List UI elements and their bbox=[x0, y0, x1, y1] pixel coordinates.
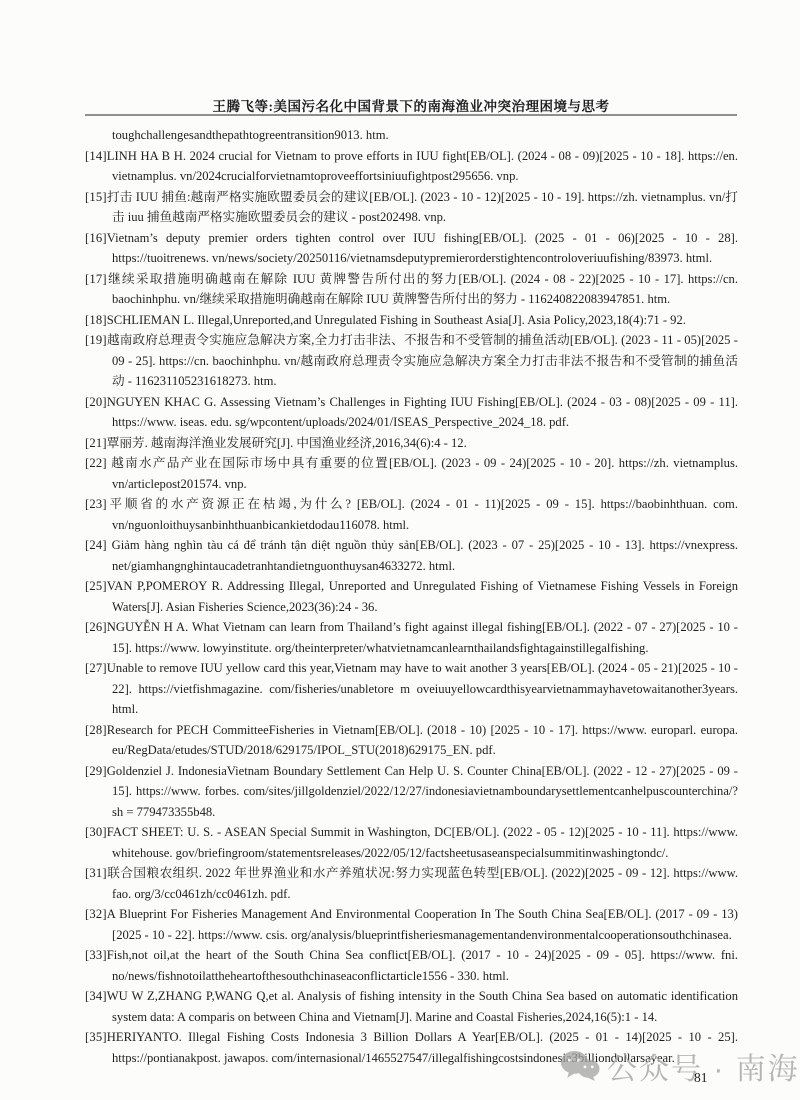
reference-text: A Blueprint For Fisheries Management And… bbox=[107, 907, 738, 942]
reference-label: [27] bbox=[85, 661, 107, 675]
reference-text: NGUYỄN H A. What Vietnam can learn from … bbox=[107, 620, 738, 655]
reference-item: [16]Vietnam’s deputy premier orders tigh… bbox=[85, 228, 738, 269]
references-list: toughchallengesandthepathtogreentransiti… bbox=[85, 125, 738, 1068]
reference-text: LINH HA B H. 2024 crucial for Vietnam to… bbox=[107, 149, 738, 184]
reference-item: [32]A Blueprint For Fisheries Management… bbox=[85, 904, 738, 945]
reference-label: [30] bbox=[85, 825, 107, 839]
reference-item: [20]NGUYEN KHAC G. Assessing Vietnam’s C… bbox=[85, 392, 738, 433]
reference-item: [25]VAN P,POMEROY R. Addressing Illegal,… bbox=[85, 576, 738, 617]
reference-text: 越南政府总理责令实施应急解决方案,全力打击非法、不报告和不受管制的捕鱼活动[EB… bbox=[107, 333, 738, 388]
reference-text: NGUYEN KHAC G. Assessing Vietnam’s Chall… bbox=[107, 395, 738, 430]
reference-item: [23]平顺省的水产资源正在枯竭,为什么? [EB/OL]. (2024 - 0… bbox=[85, 494, 738, 535]
reference-label: [34] bbox=[85, 989, 107, 1003]
reference-label: [28] bbox=[85, 723, 107, 737]
reference-item: [24] Giảm hàng nghìn tàu cá để tránh tận… bbox=[85, 535, 738, 576]
reference-text: 越南水产品产业在国际市场中具有重要的位置[EB/OL]. (2023 - 09 … bbox=[107, 456, 738, 491]
reference-text: Vietnam’s deputy premier orders tighten … bbox=[107, 231, 738, 266]
reference-text: Unable to remove IUU yellow card this ye… bbox=[107, 661, 738, 716]
reference-label: [19] bbox=[85, 333, 107, 347]
reference-text: 联合国粮农组织. 2022 年世界渔业和水产养殖状况:努力实现蓝色转型[EB/O… bbox=[107, 866, 738, 901]
reference-label: [26] bbox=[85, 620, 107, 634]
reference-item: [27]Unable to remove IUU yellow card thi… bbox=[85, 658, 738, 720]
reference-label: [25] bbox=[85, 579, 107, 593]
reference-label: [22] bbox=[85, 456, 107, 470]
reference-item: [21]覃丽芳. 越南海洋渔业发展研究[J]. 中国渔业经济,2016,34(6… bbox=[85, 433, 738, 454]
reference-label: [15] bbox=[85, 190, 107, 204]
reference-text: Research for PECH CommitteeFisheries in … bbox=[107, 723, 738, 758]
reference-text: WU W Z,ZHANG P,WANG Q,et al. Analysis of… bbox=[107, 989, 738, 1024]
reference-label: [32] bbox=[85, 907, 107, 921]
reference-item: [26]NGUYỄN H A. What Vietnam can learn f… bbox=[85, 617, 738, 658]
reference-item: [31]联合国粮农组织. 2022 年世界渔业和水产养殖状况:努力实现蓝色转型[… bbox=[85, 863, 738, 904]
reference-label: [17] bbox=[85, 272, 107, 286]
running-header: 王腾飞等:美国污名化中国背景下的南海渔业冲突治理困境与思考 bbox=[85, 95, 737, 115]
reference-item: [22] 越南水产品产业在国际市场中具有重要的位置[EB/OL]. (2023 … bbox=[85, 453, 738, 494]
reference-label: [29] bbox=[85, 764, 107, 778]
reference-label: [35] bbox=[85, 1030, 107, 1044]
reference-text: 继续采取措施明确越南在解除 IUU 黄牌警告所付出的努力[EB/OL]. (20… bbox=[107, 272, 738, 307]
reference-item: [35]HERIYANTO. Illegal Fishing Costs Ind… bbox=[85, 1027, 738, 1068]
reference-item: [28]Research for PECH CommitteeFisheries… bbox=[85, 720, 738, 761]
reference-text: FACT SHEET: U. S. - ASEAN Special Summit… bbox=[107, 825, 738, 860]
reference-text: HERIYANTO. Illegal Fishing Costs Indones… bbox=[107, 1030, 738, 1065]
reference-text: Goldenziel J. IndonesiaVietnam Boundary … bbox=[107, 764, 738, 819]
reference-item: [19]越南政府总理责令实施应急解决方案,全力打击非法、不报告和不受管制的捕鱼活… bbox=[85, 330, 738, 392]
journal-page: 王腾飞等:美国污名化中国背景下的南海渔业冲突治理困境与思考 toughchall… bbox=[0, 0, 800, 1100]
reference-label: [18] bbox=[85, 313, 107, 327]
reference-text: 平顺省的水产资源正在枯竭,为什么? [EB/OL]. (2024 - 01 - … bbox=[107, 497, 738, 532]
reference-text: Fish,not oil,at the heart of the South C… bbox=[107, 948, 738, 983]
reference-label: [20] bbox=[85, 395, 107, 409]
reference-item: [15]打击 IUU 捕鱼:越南严格实施欧盟委员会的建议[EB/OL]. (20… bbox=[85, 187, 738, 228]
reference-label: [33] bbox=[85, 948, 107, 962]
reference-label: [21] bbox=[85, 436, 107, 450]
reference-label: [23] bbox=[85, 497, 107, 511]
reference-text: SCHLIEMAN L. Illegal,Unreported,and Unre… bbox=[107, 313, 686, 327]
reference-item: [34]WU W Z,ZHANG P,WANG Q,et al. Analysi… bbox=[85, 986, 738, 1027]
reference-item: [18]SCHLIEMAN L. Illegal,Unreported,and … bbox=[85, 310, 738, 331]
reference-text: 覃丽芳. 越南海洋渔业发展研究[J]. 中国渔业经济,2016,34(6):4 … bbox=[107, 436, 467, 450]
reference-item: [14]LINH HA B H. 2024 crucial for Vietna… bbox=[85, 146, 738, 187]
reference-item: [33]Fish,not oil,at the heart of the Sou… bbox=[85, 945, 738, 986]
reference-label: [14] bbox=[85, 149, 107, 163]
reference-label: [24] bbox=[85, 538, 107, 552]
reference-label: [16] bbox=[85, 231, 107, 245]
reference-label: [31] bbox=[85, 866, 107, 880]
reference-text: Giảm hàng nghìn tàu cá để tránh tận diệt… bbox=[107, 538, 738, 573]
reference-text: 打击 IUU 捕鱼:越南严格实施欧盟委员会的建议[EB/OL]. (2023 -… bbox=[107, 190, 738, 225]
reference-text: VAN P,POMEROY R. Addressing Illegal, Unr… bbox=[107, 579, 738, 614]
reference-item: [17]继续采取措施明确越南在解除 IUU 黄牌警告所付出的努力[EB/OL].… bbox=[85, 269, 738, 310]
reference-item: [30]FACT SHEET: U. S. - ASEAN Special Su… bbox=[85, 822, 738, 863]
page-number: 81 bbox=[694, 1070, 708, 1086]
reference-item: [29]Goldenziel J. IndonesiaVietnam Bound… bbox=[85, 761, 738, 823]
reference-continuation-line: toughchallengesandthepathtogreentransiti… bbox=[85, 125, 738, 146]
header-rule bbox=[85, 114, 737, 116]
